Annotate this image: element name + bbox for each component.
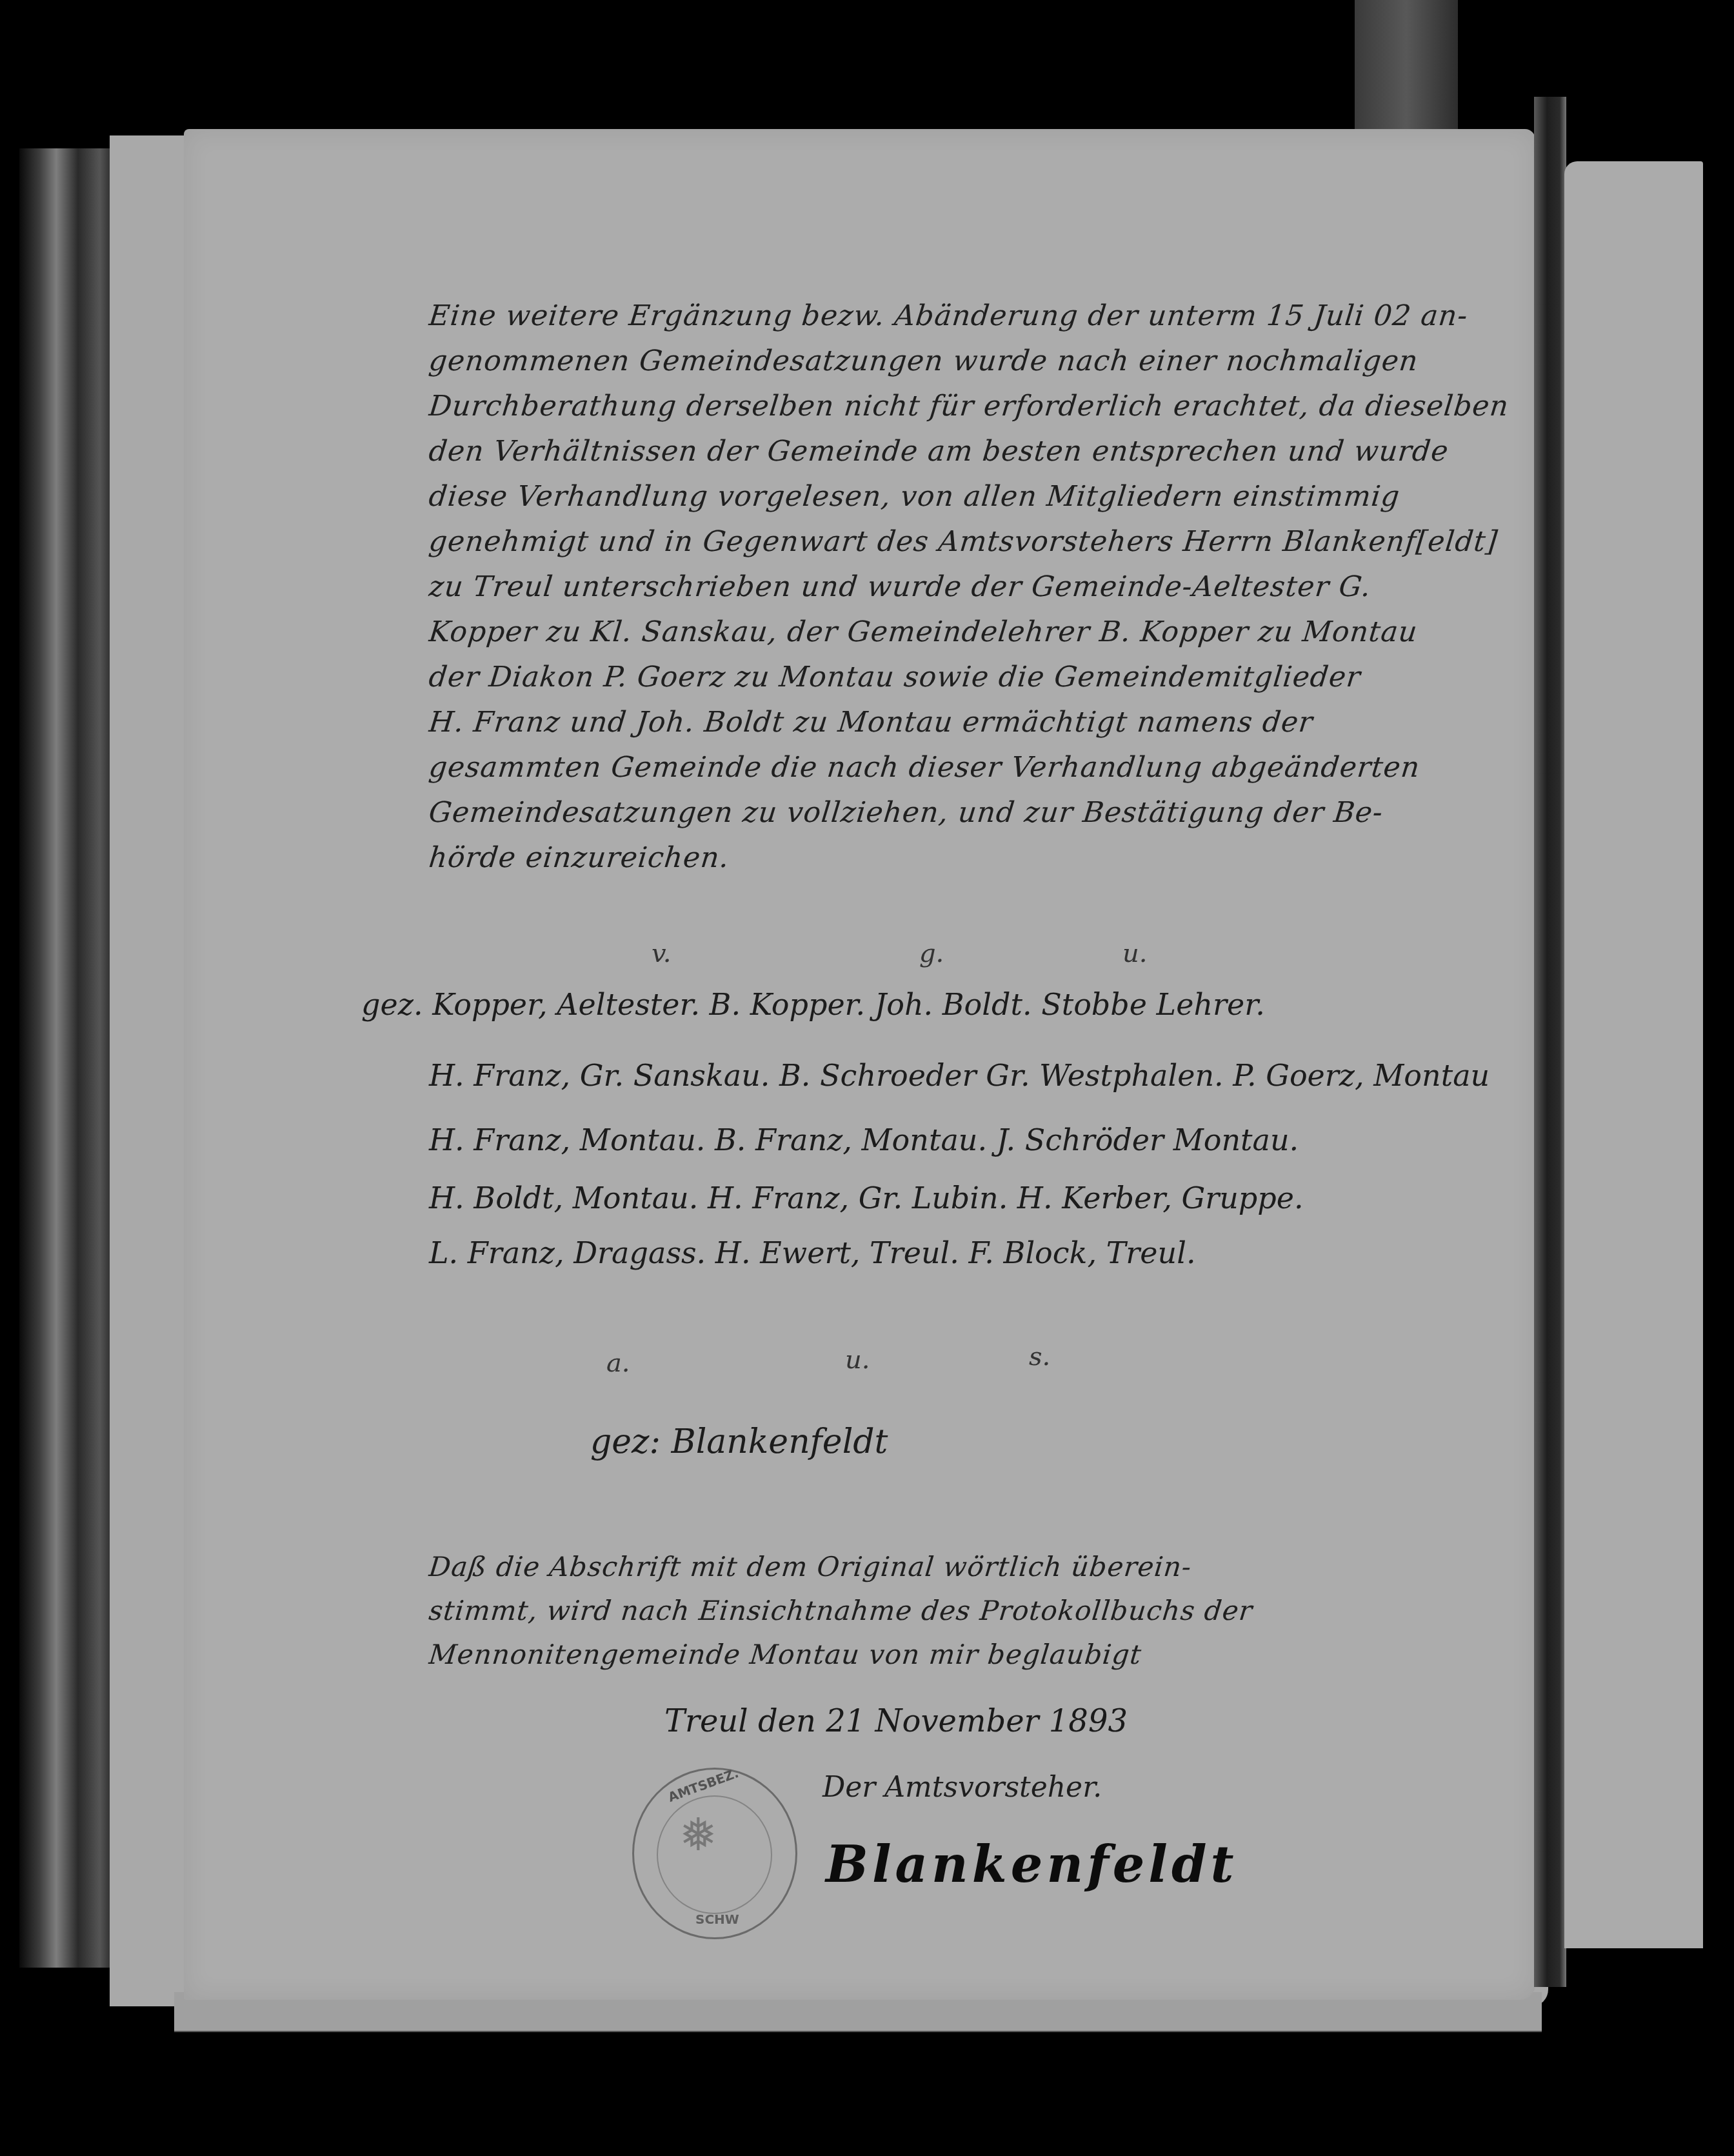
stamp-bottom-text: SCHW xyxy=(695,1911,739,1927)
text-line: den Verhältnissen der Gemeinde am besten… xyxy=(426,429,1528,474)
handwritten-signature: Blankenfeldt xyxy=(826,1835,1238,1894)
signatory-line: H. Franz, Montau. B. Franz, Montau. J. S… xyxy=(429,1123,1299,1157)
text-line: gesammten Gemeinde die nach dieser Verha… xyxy=(426,745,1528,790)
text-line: genommenen Gemeindesatzungen wurde nach … xyxy=(426,339,1528,384)
text-line: Eine weitere Ergänzung bezw. Abänderung … xyxy=(426,294,1528,339)
mark-s: s. xyxy=(1029,1342,1050,1372)
text-line: zu Treul unterschrieben und wurde der Ge… xyxy=(426,564,1528,610)
mark-g: g. xyxy=(919,939,944,968)
text-line: H. Franz und Joh. Boldt zu Montau ermäch… xyxy=(426,700,1528,745)
official-seal-stamp: AMTSBEZ. ❅ SCHW xyxy=(632,1768,797,1939)
signatory-line: gez. Kopper, Aeltester. B. Kopper. Joh. … xyxy=(361,987,1265,1022)
text-line: Mennonitengemeinde Montau von mir beglau… xyxy=(426,1633,1528,1677)
book-strap xyxy=(1355,0,1458,142)
resolution-text: Eine weitere Ergänzung bezw. Abänderung … xyxy=(429,294,1526,881)
facing-page xyxy=(1564,161,1703,1948)
official-copy-signature: gez: Blankenfeldt xyxy=(590,1422,888,1461)
signatory-line: H. Franz, Gr. Sanskau. B. Schroeder Gr. … xyxy=(429,1058,1490,1093)
text-line: Kopper zu Kl. Sanskau, der Gemeindelehre… xyxy=(426,610,1528,655)
mark-u2: u. xyxy=(845,1345,870,1375)
signatory-line: H. Boldt, Montau. H. Franz, Gr. Lubin. H… xyxy=(429,1181,1304,1215)
text-line: Gemeindesatzungen zu vollziehen, und zur… xyxy=(426,790,1528,835)
text-line: Durchberathung derselben nicht für erfor… xyxy=(426,384,1528,429)
text-line: diese Verhandlung vorgelesen, von allen … xyxy=(426,474,1528,519)
mark-u: u. xyxy=(1122,939,1147,968)
text-line: hörde einzureichen. xyxy=(426,835,1528,881)
text-line: stimmt, wird nach Einsichtnahme des Prot… xyxy=(426,1589,1528,1633)
text-line: der Diakon P. Goerz zu Montau sowie die … xyxy=(426,655,1528,700)
text-line: genehmigt und in Gegenwart des Amtsvorst… xyxy=(426,519,1528,564)
book-gutter xyxy=(1534,97,1566,1987)
eagle-icon: ❅ xyxy=(679,1808,717,1861)
certification-text: Daß die Abschrift mit dem Original wörtl… xyxy=(429,1545,1526,1677)
signatory-line: L. Franz, Dragass. H. Ewert, Treul. F. B… xyxy=(429,1235,1196,1270)
text-line: Daß die Abschrift mit dem Original wörtl… xyxy=(426,1545,1528,1589)
mark-v: v. xyxy=(652,939,672,968)
mark-a: a. xyxy=(606,1348,630,1378)
official-title: Der Amtsvorsteher. xyxy=(822,1771,1102,1804)
place-date: Treul den 21 November 1893 xyxy=(664,1703,1128,1739)
